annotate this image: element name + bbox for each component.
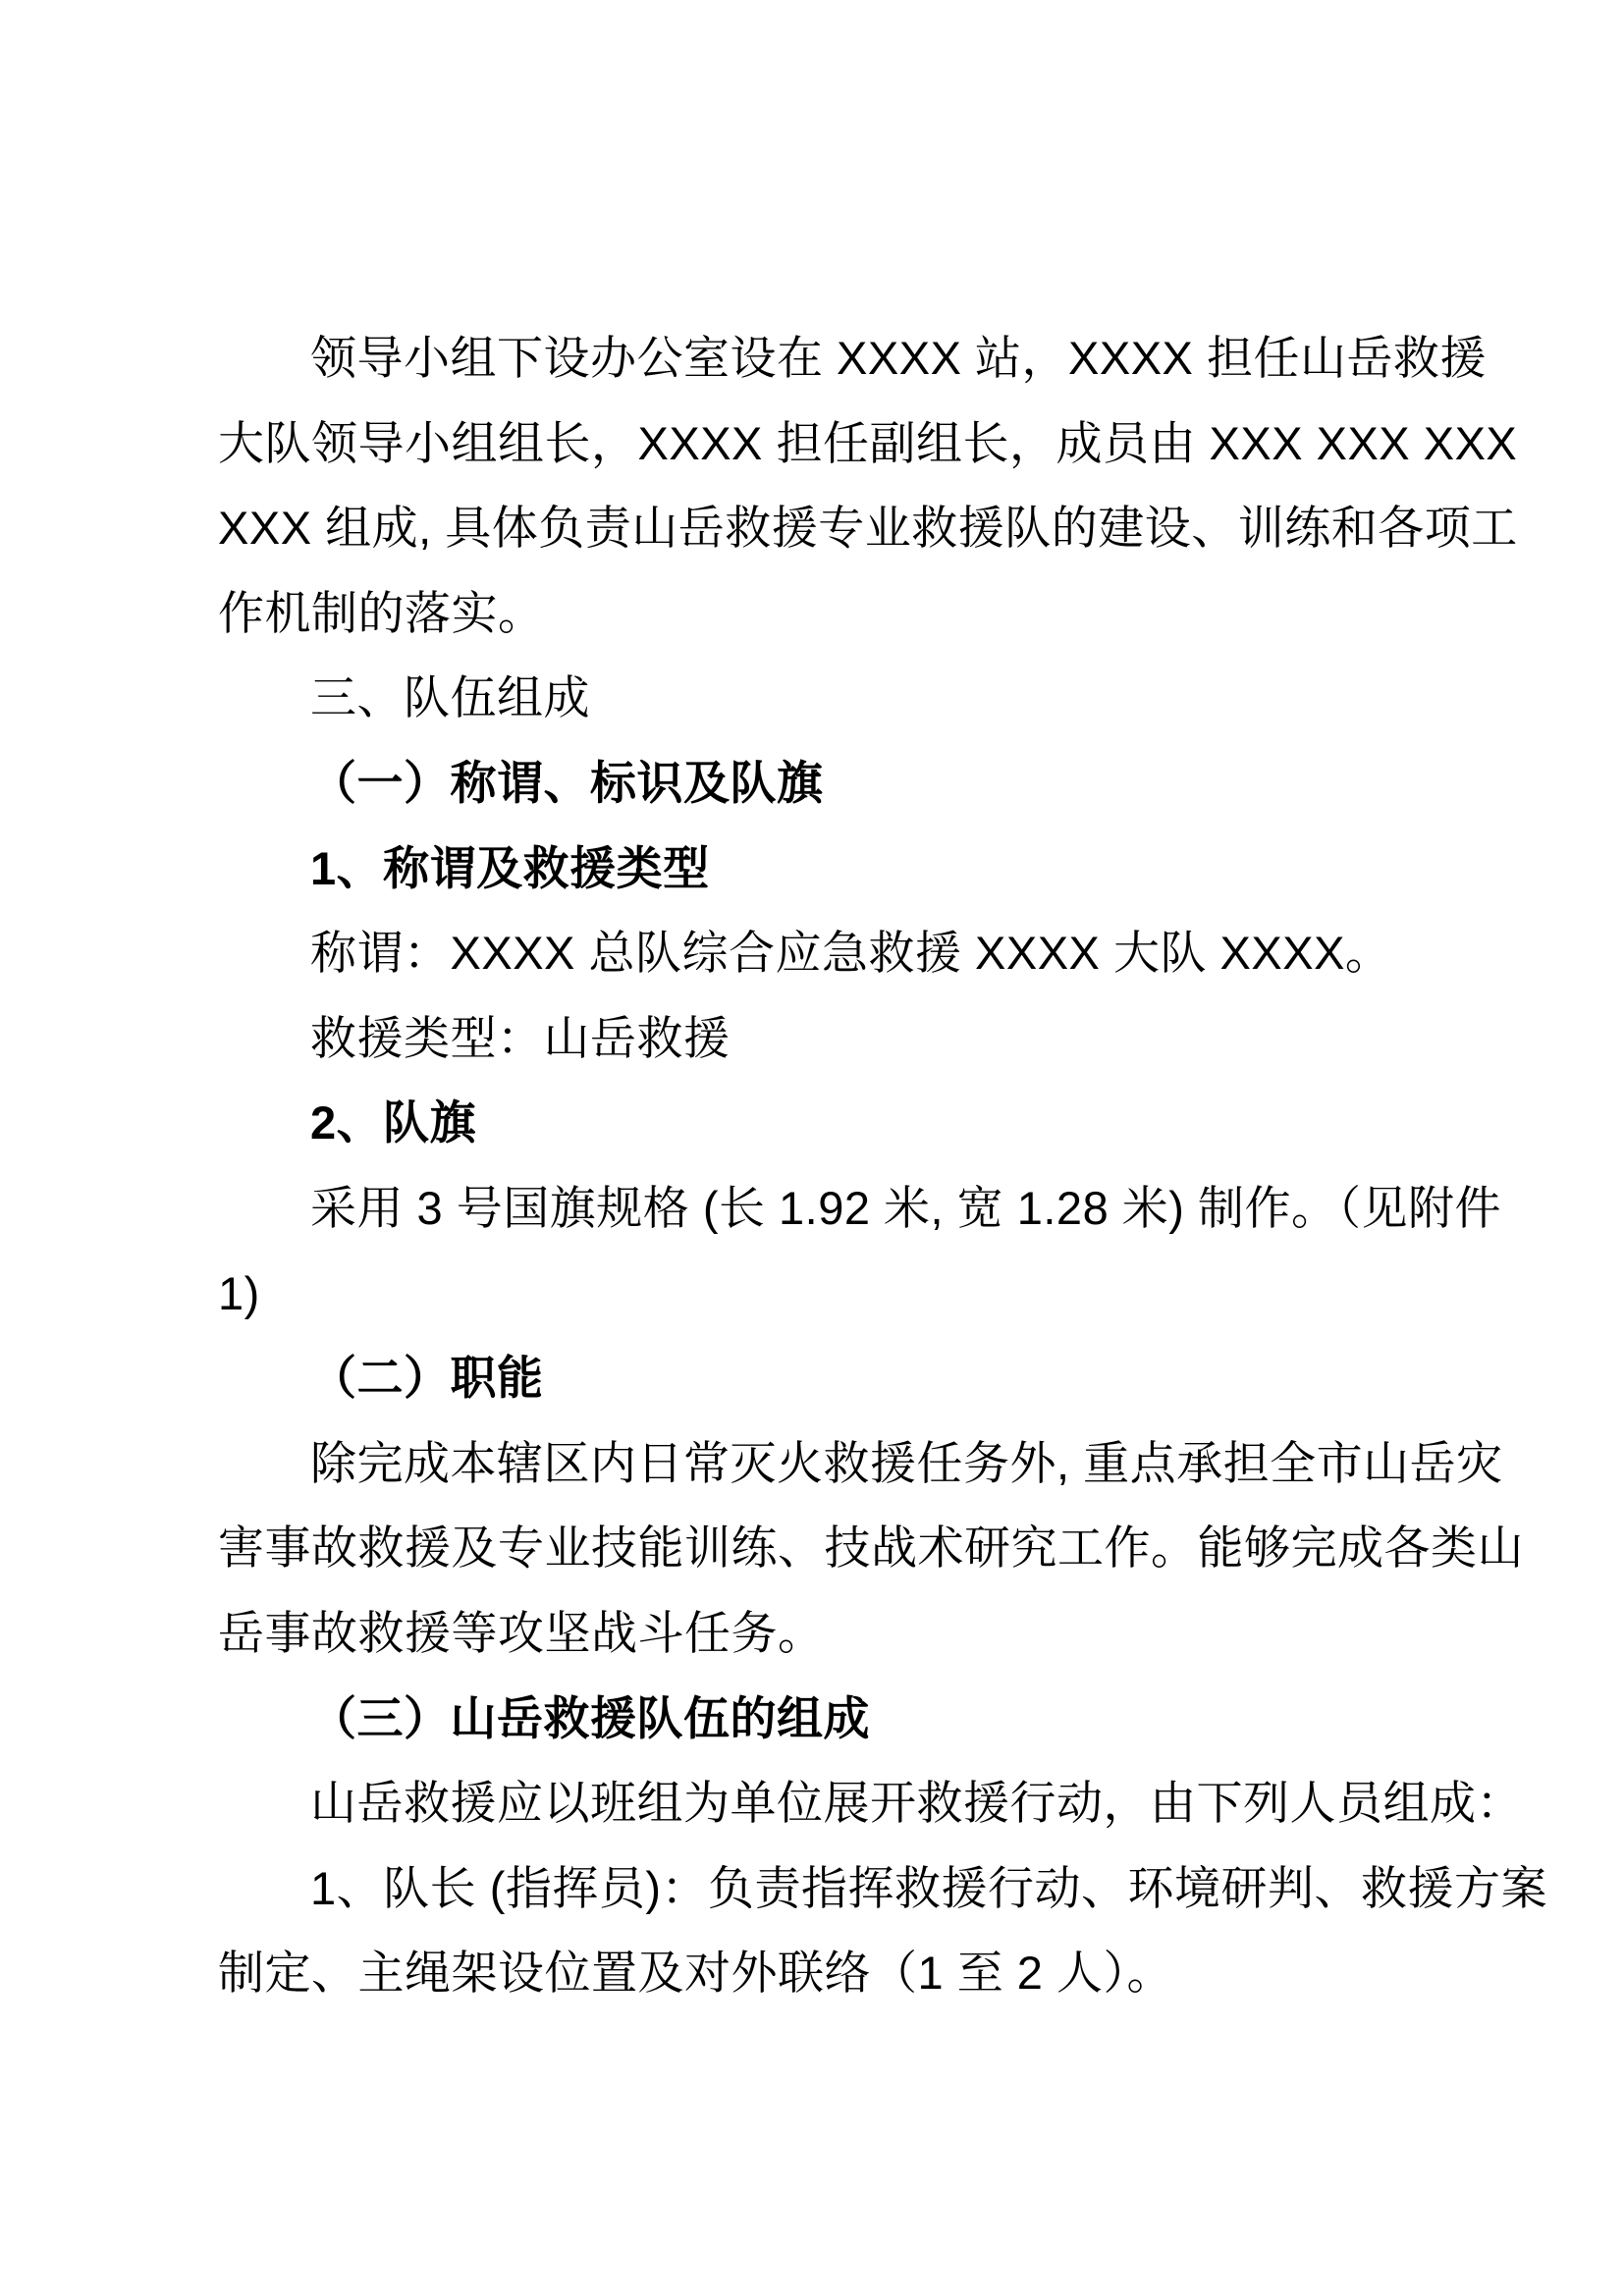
doc-text-line: 害事故救援及专业技能训练、技战术研究工作。能够完成各类山 [218, 1506, 1494, 1591]
doc-text-line: 1) [218, 1252, 1494, 1337]
doc-heading-line: 1、称谓及救援类型 [218, 827, 1494, 912]
doc-text-line: 大队领导小组组长，XXXX 担任副组长，成员由 XXX XXX XXX [218, 401, 1494, 487]
document-body: 领导小组下设办公室设在 XXXX 站，XXXX 担任山岳救援大队领导小组组长，X… [218, 316, 1494, 2016]
doc-text-line: 救援类型：山岳救援 [218, 996, 1494, 1082]
doc-heading-line: （二）职能 [218, 1336, 1494, 1421]
doc-text-line: 除完成本辖区内日常灭火救援任务外, 重点承担全市山岳灾 [218, 1421, 1494, 1507]
doc-text-line: 称谓：XXXX 总队综合应急救援 XXXX 大队 XXXX。 [218, 911, 1494, 996]
doc-text-line: 作机制的落实。 [218, 571, 1494, 657]
doc-heading-line: 2、队旗 [218, 1081, 1494, 1166]
doc-text-line: 岳事故救援等攻坚战斗任务。 [218, 1591, 1494, 1677]
doc-heading-line: （三）山岳救援队伍的组成 [218, 1677, 1494, 1762]
doc-text-line: 三、队伍组成 [218, 656, 1494, 741]
doc-text-line: XXX 组成, 具体负责山岳救援专业救援队的建设、训练和各项工 [218, 486, 1494, 571]
doc-text-line: 山岳救援应以班组为单位展开救援行动，由下列人员组成： [218, 1761, 1494, 1846]
doc-text-line: 1、队长 (指挥员)：负责指挥救援行动、环境研判、救援方案 [218, 1846, 1494, 1932]
doc-heading-line: （一）称谓、标识及队旗 [218, 741, 1494, 827]
document-page: 领导小组下设办公室设在 XXXX 站，XXXX 担任山岳救援大队领导小组组长，X… [0, 0, 1624, 2296]
doc-text-line: 领导小组下设办公室设在 XXXX 站，XXXX 担任山岳救援 [218, 316, 1494, 401]
doc-text-line: 采用 3 号国旗规格 (长 1.92 米, 宽 1.28 米) 制作。（见附件 [218, 1166, 1494, 1252]
doc-text-line: 制定、主绳架设位置及对外联络（1 至 2 人）。 [218, 1931, 1494, 2016]
